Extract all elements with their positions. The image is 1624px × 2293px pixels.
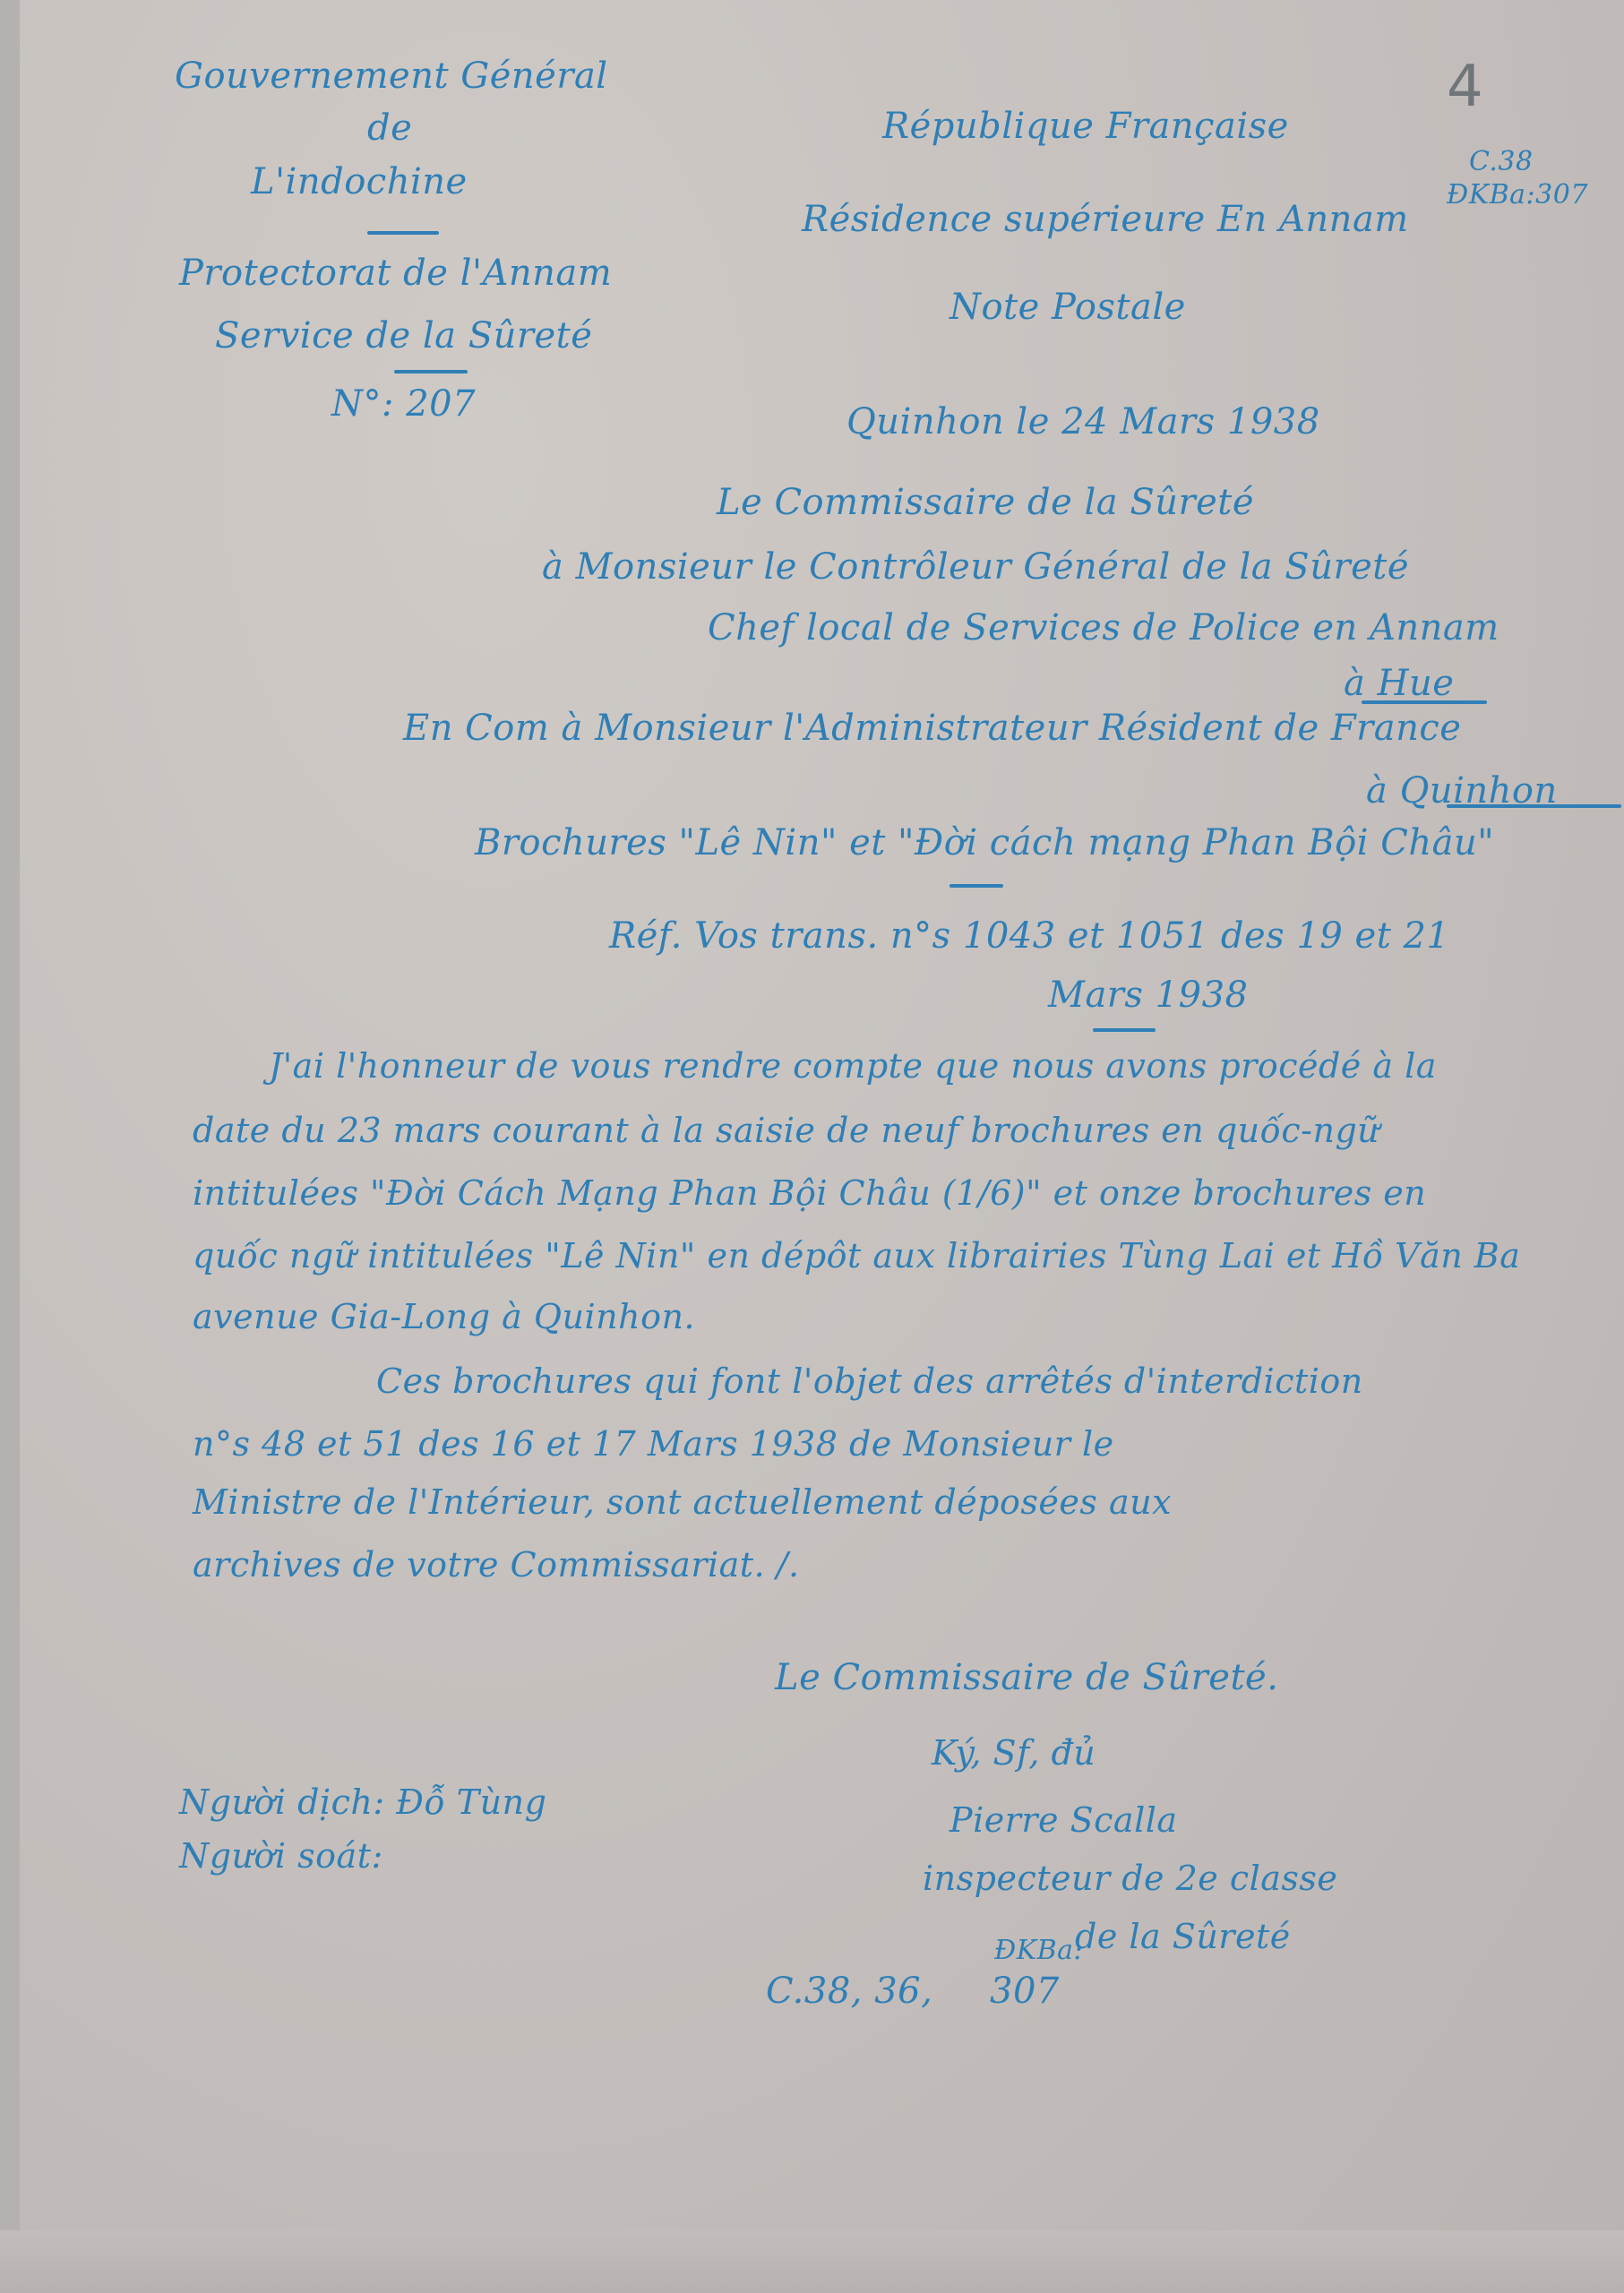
recipient-line3: à Hue <box>1344 663 1454 704</box>
body-p1-line4: quốc ngữ intitulées "Lê Nin" en dépôt au… <box>193 1236 1520 1275</box>
letterhead-right-line2: Résidence supérieure En Annam <box>802 199 1409 240</box>
footer-ref-suffix: 307 <box>990 1971 1060 2012</box>
underline-reference <box>1093 1028 1156 1032</box>
recipient-line1: à Monsieur le Contrôleur Général de la S… <box>542 546 1409 588</box>
underline-hue <box>1362 700 1487 704</box>
body-p1-line5: avenue Gia-Long à Quinhon. <box>193 1297 695 1336</box>
body-p2-line4: archives de votre Commissariat. /. <box>193 1545 800 1584</box>
document-page: Gouvernement Général de L'indochine Prot… <box>0 0 1624 2293</box>
archive-ref-2: ĐKBa:307 <box>1447 179 1588 210</box>
divider-rule <box>367 231 439 235</box>
letterhead-left-line3: L'indochine <box>251 161 468 202</box>
letterhead-left-line4: Protectorat de l'Annam <box>179 253 612 294</box>
page-number: 4 <box>1447 54 1483 120</box>
archive-ref-1: C.38 <box>1469 146 1534 177</box>
footer-ref-superscript: ĐKBa: <box>994 1935 1083 1966</box>
reference-line2: Mars 1938 <box>1048 975 1248 1016</box>
letterhead-left-line2: de <box>367 107 412 149</box>
body-p2-line2: n°s 48 et 51 des 16 et 17 Mars 1938 de M… <box>193 1424 1114 1464</box>
signature-signed: Ký, Sf, đủ <box>932 1733 1096 1773</box>
signature-role: inspecteur de 2e classe <box>923 1859 1337 1898</box>
reference-line1: Réf. Vos trans. n°s 1043 et 1051 des 19 … <box>609 915 1449 957</box>
letterhead-right-line1: République Française <box>882 106 1289 147</box>
recipient-line2: Chef local de Services de Police en Anna… <box>708 607 1499 648</box>
body-p1-line3: intitulées "Đời Cách Mạng Phan Bội Châu … <box>193 1173 1426 1213</box>
body-p1-line1: J'ai l'honneur de vous rendre compte que… <box>269 1046 1437 1086</box>
paper-edge-left <box>0 0 20 2293</box>
letterhead-left-line5: Service de la Sûreté <box>215 315 592 356</box>
translator-line2: Người soát: <box>179 1836 383 1876</box>
sender: Le Commissaire de la Sûreté <box>717 482 1254 523</box>
letterhead-left-line1: Gouvernement Général <box>175 56 608 97</box>
signature-title: Le Commissaire de Sûreté. <box>775 1657 1278 1698</box>
subject-line: Brochures "Lê Nin" et "Đời cách mạng Pha… <box>475 822 1494 863</box>
document-number: N°: 207 <box>331 383 476 425</box>
signature-name: Pierre Scalla <box>949 1800 1178 1840</box>
letterhead-right-line3: Note Postale <box>949 287 1186 328</box>
signature-dept: de la Sûreté <box>1075 1917 1291 1956</box>
date-line: Quinhon le 24 Mars 1938 <box>846 401 1320 442</box>
footer-ref-prefix: C.38, 36, <box>766 1971 932 2012</box>
body-p1-line2: date du 23 mars courant à la saisie de n… <box>193 1111 1379 1150</box>
body-p2-line3: Ministre de l'Intérieur, sont actuelleme… <box>193 1482 1172 1522</box>
underline-subject <box>949 884 1003 888</box>
underline-de-la <box>394 370 468 374</box>
paper-edge-bottom <box>0 2230 1624 2293</box>
body-p2-line1: Ces brochures qui font l'objet des arrêt… <box>376 1361 1363 1401</box>
translator-line1: Người dịch: Đỗ Tùng <box>179 1782 546 1822</box>
underline-quinhon <box>1447 804 1621 808</box>
recipient-line4: En Com à Monsieur l'Administrateur Résid… <box>403 708 1461 749</box>
